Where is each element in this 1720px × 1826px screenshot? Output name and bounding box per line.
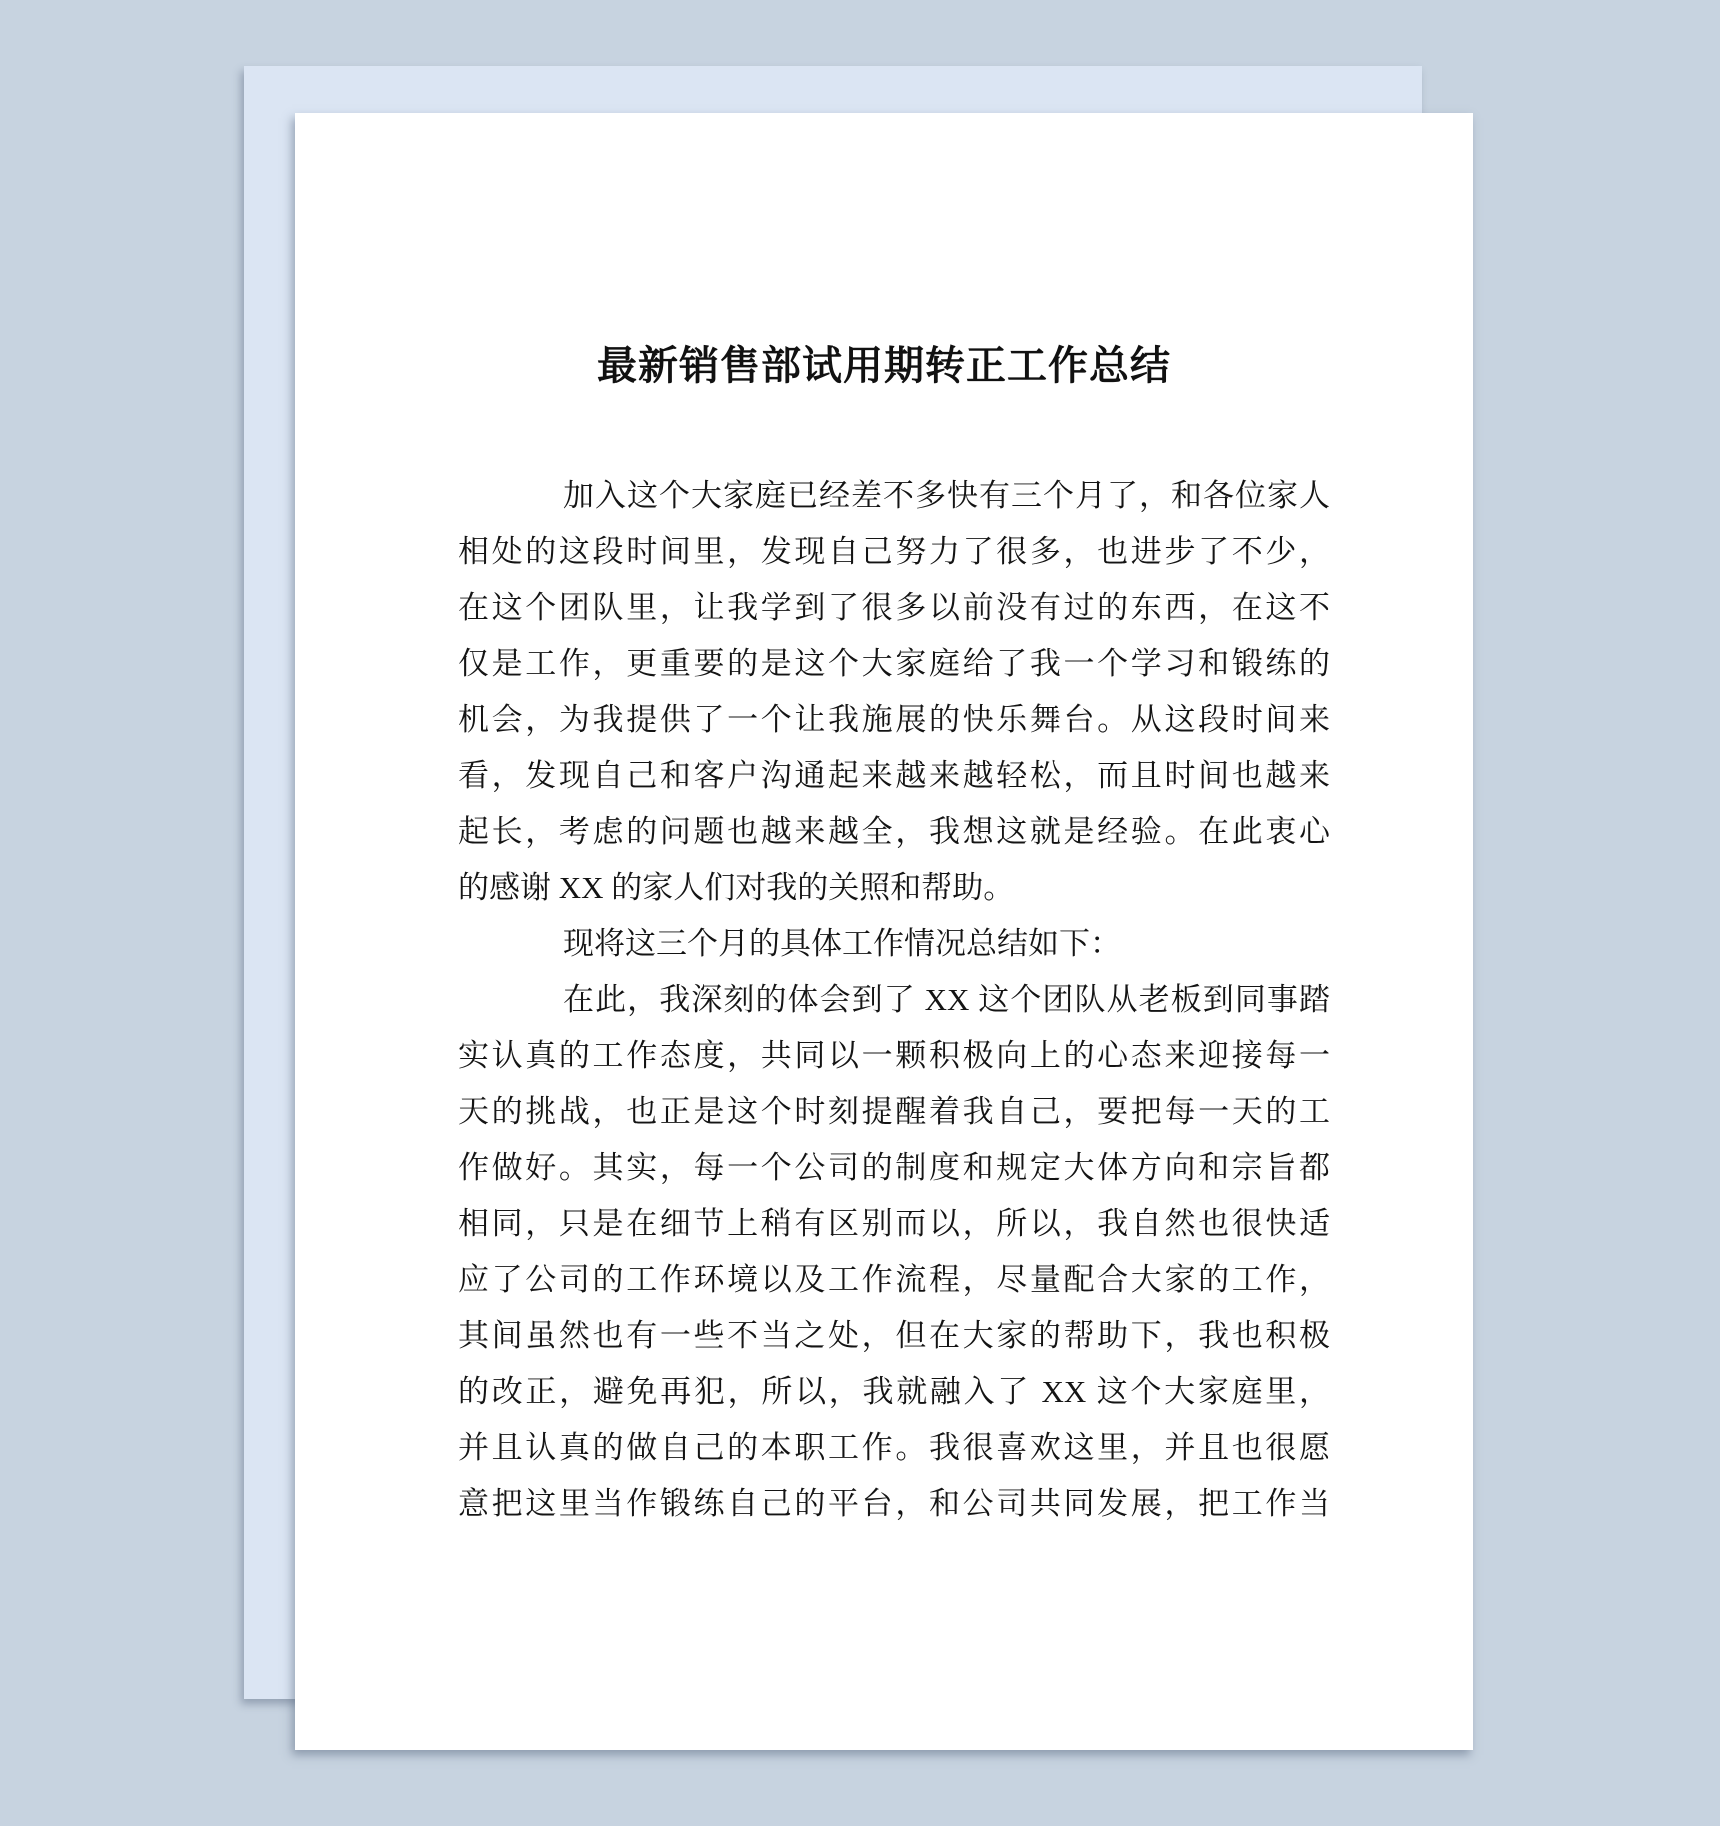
page-background: 最新销售部试用期转正工作总结 加入这个大家庭已经差不多快有三个月了，和各位家人相… <box>0 0 1720 1826</box>
text-line: 在这个团队里，让我学到了很多以前没有过的东西，在这不 <box>458 580 1330 636</box>
document-body: 加入这个大家庭已经差不多快有三个月了，和各位家人相处的这段时间里，发现自己努力了… <box>458 468 1330 1532</box>
text-line: 应了公司的工作环境以及工作流程，尽量配合大家的工作， <box>458 1252 1330 1308</box>
text-line: 相同，只是在细节上稍有区别而以，所以，我自然也很快适 <box>458 1196 1330 1252</box>
text-line: 在此，我深刻的体会到了 XX 这个团队从老板到同事踏 <box>458 972 1330 1028</box>
text-line: 相处的这段时间里，发现自己努力了很多，也进步了不少， <box>458 524 1330 580</box>
text-line: 看，发现自己和客户沟通起来越来越轻松，而且时间也越来 <box>458 748 1330 804</box>
text-line: 现将这三个月的具体工作情况总结如下： <box>458 916 1330 972</box>
text-line: 机会，为我提供了一个让我施展的快乐舞台。从这段时间来 <box>458 692 1330 748</box>
text-line: 起长，考虑的问题也越来越全，我想这就是经验。在此衷心 <box>458 804 1330 860</box>
text-line: 实认真的工作态度，共同以一颗积极向上的心态来迎接每一 <box>458 1028 1330 1084</box>
text-line: 作做好。其实，每一个公司的制度和规定大体方向和宗旨都 <box>458 1140 1330 1196</box>
text-line: 的改正，避免再犯，所以，我就融入了 XX 这个大家庭里， <box>458 1364 1330 1420</box>
text-line: 天的挑战，也正是这个时刻提醒着我自己，要把每一天的工 <box>458 1084 1330 1140</box>
document-title: 最新销售部试用期转正工作总结 <box>295 338 1473 394</box>
text-line: 其间虽然也有一些不当之处，但在大家的帮助下，我也积极 <box>458 1308 1330 1364</box>
text-line: 并且认真的做自己的本职工作。我很喜欢这里，并且也很愿 <box>458 1420 1330 1476</box>
text-line: 仅是工作，更重要的是这个大家庭给了我一个学习和锻练的 <box>458 636 1330 692</box>
text-line: 意把这里当作锻练自己的平台，和公司共同发展，把工作当 <box>458 1476 1330 1532</box>
text-line: 的感谢 XX 的家人们对我的关照和帮助。 <box>458 860 1330 916</box>
document-page: 最新销售部试用期转正工作总结 加入这个大家庭已经差不多快有三个月了，和各位家人相… <box>295 113 1473 1750</box>
text-line: 加入这个大家庭已经差不多快有三个月了，和各位家人 <box>458 468 1330 524</box>
